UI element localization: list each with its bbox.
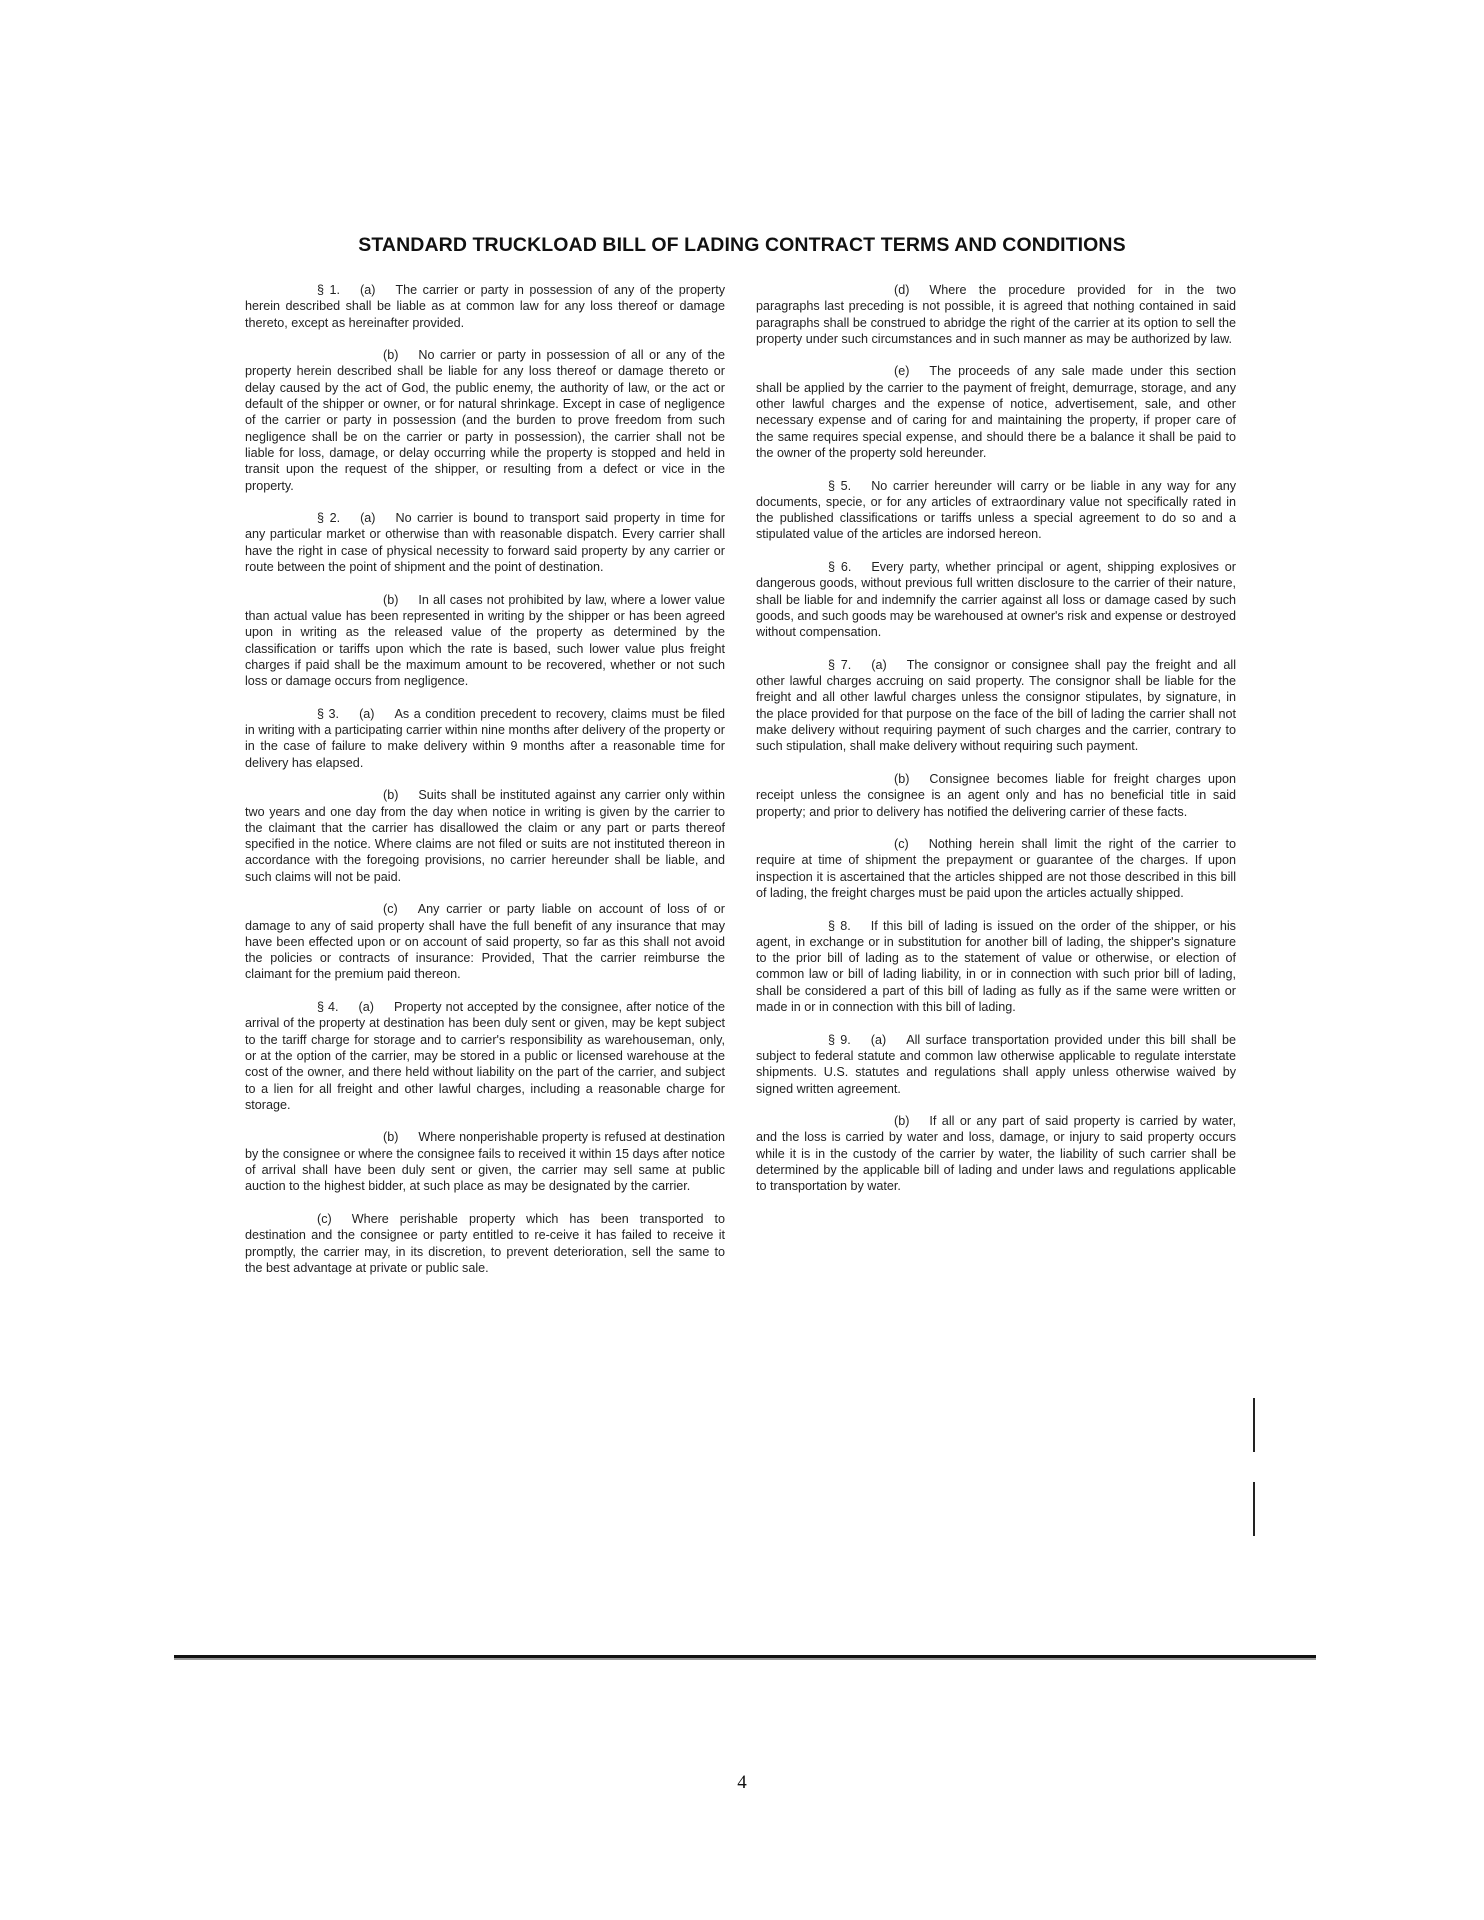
section-1a: § 1.(a)The carrier or party in possessio…: [245, 282, 725, 331]
revision-bar: [1253, 1482, 1255, 1536]
section-number: § 5.: [828, 479, 851, 493]
item-label: (a): [360, 511, 375, 525]
section-2a: § 2.(a)No carrier is bound to transport …: [245, 510, 725, 575]
section-number: § 6.: [828, 560, 851, 574]
section-6: § 6.Every party, whether principal or ag…: [756, 559, 1236, 640]
revision-bar: [1253, 1398, 1255, 1452]
section-4a: § 4.(a)Property not accepted by the cons…: [245, 999, 725, 1113]
section-number: § 4.: [317, 1000, 339, 1014]
paragraph-text: The proceeds of any sale made under this…: [756, 364, 1236, 459]
right-column: (d)Where the procedure provided for in t…: [756, 282, 1236, 1211]
section-number: § 3.: [317, 707, 339, 721]
item-label: (a): [359, 707, 374, 721]
section-3c: (c)Any carrier or party liable on accoun…: [245, 901, 725, 982]
left-column: § 1.(a)The carrier or party in possessio…: [245, 282, 725, 1292]
section-7b: (b)Consignee becomes liable for freight …: [756, 771, 1236, 820]
section-5: § 5.No carrier hereunder will carry or b…: [756, 478, 1236, 543]
section-3b: (b)Suits shall be instituted against any…: [245, 787, 725, 885]
section-4c: (c)Where perishable property which has b…: [245, 1211, 725, 1276]
item-label: (e): [894, 364, 909, 378]
item-label: (b): [383, 788, 398, 802]
paragraph-text: Suits shall be instituted against any ca…: [245, 788, 725, 883]
section-4e: (e)The proceeds of any sale made under t…: [756, 363, 1236, 461]
page-number: 4: [0, 1772, 1484, 1794]
item-label: (c): [317, 1212, 332, 1226]
section-4d: (d)Where the procedure provided for in t…: [756, 282, 1236, 347]
section-number: § 8.: [828, 919, 851, 933]
section-8: § 8.If this bill of lading is issued on …: [756, 918, 1236, 1016]
item-label: (a): [359, 1000, 374, 1014]
item-label: (b): [383, 593, 398, 607]
paragraph-text: Property not accepted by the consignee, …: [245, 1000, 725, 1112]
section-3a: § 3.(a)As a condition precedent to recov…: [245, 706, 725, 771]
section-4b: (b)Where nonperishable property is refus…: [245, 1129, 725, 1194]
section-number: § 7.: [828, 658, 851, 672]
section-9a: § 9.(a)All surface transportation provid…: [756, 1032, 1236, 1097]
paragraph-text: No carrier or party in possession of all…: [245, 348, 725, 492]
paragraph-text: The consignor or consignee shall pay the…: [756, 658, 1236, 753]
item-label: (b): [894, 1114, 909, 1128]
item-label: (c): [383, 902, 398, 916]
item-label: (b): [383, 348, 398, 362]
section-7c: (c)Nothing herein shall limit the right …: [756, 836, 1236, 901]
item-label: (b): [383, 1130, 398, 1144]
footer-rule: [174, 1655, 1316, 1658]
section-1b: (b)No carrier or party in possession of …: [245, 347, 725, 494]
item-label: (b): [894, 772, 909, 786]
section-number: § 2.: [317, 511, 340, 525]
section-number: § 9.: [828, 1033, 851, 1047]
document-title: STANDARD TRUCKLOAD BILL OF LADING CONTRA…: [0, 234, 1484, 257]
item-label: (a): [360, 283, 375, 297]
section-2b: (b)In all cases not prohibited by law, w…: [245, 592, 725, 690]
item-label: (a): [871, 658, 886, 672]
item-label: (a): [871, 1033, 886, 1047]
section-7a: § 7.(a)The consignor or consignee shall …: [756, 657, 1236, 755]
section-number: § 1.: [317, 283, 340, 297]
section-9b: (b)If all or any part of said property i…: [756, 1113, 1236, 1194]
item-label: (c): [894, 837, 909, 851]
item-label: (d): [894, 283, 909, 297]
